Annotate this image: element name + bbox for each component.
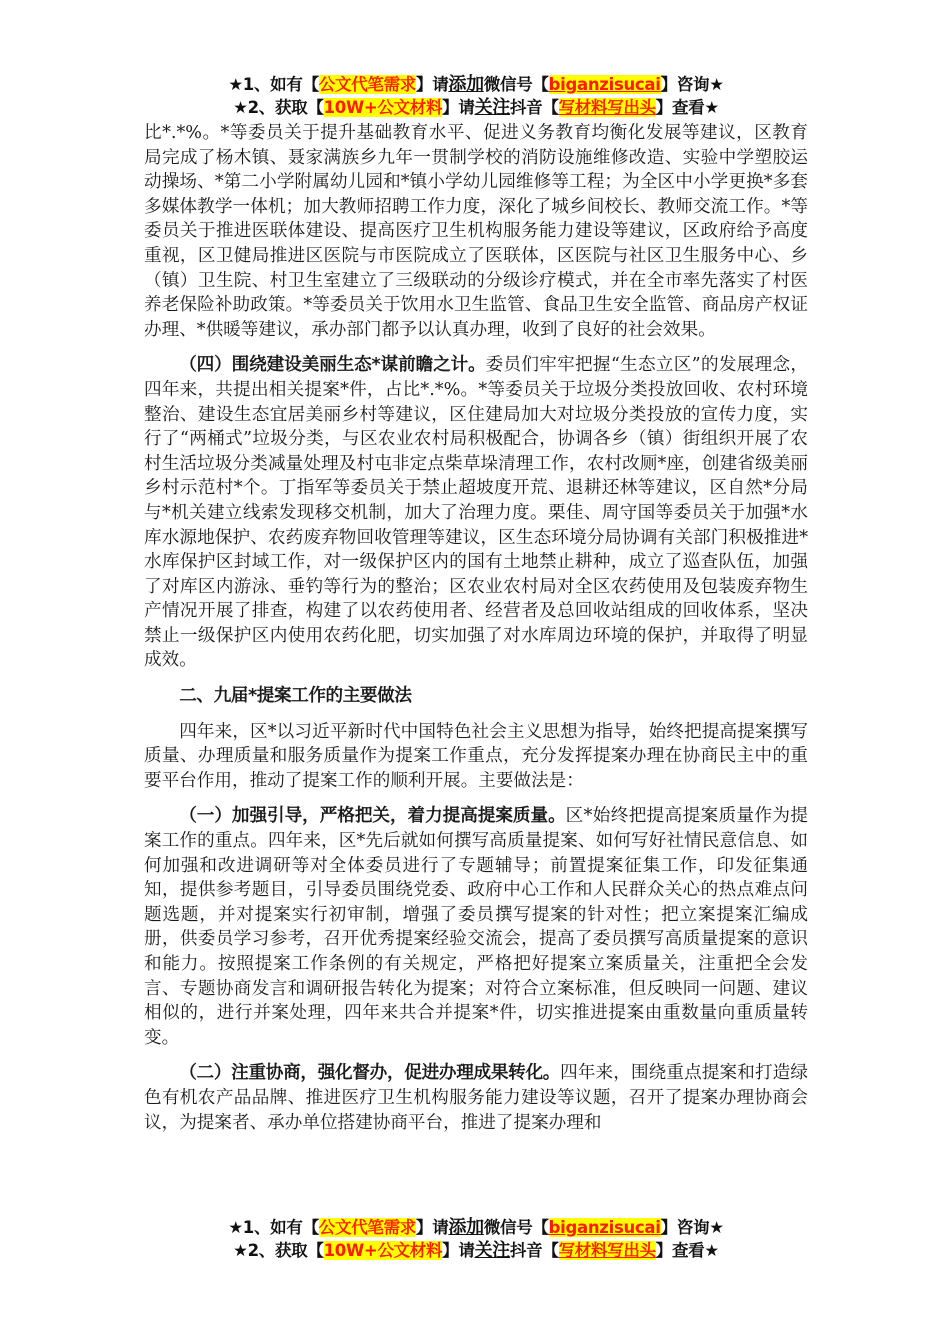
paragraph-quality-body: 区*始终把提高提案质量作为提案工作的重点。四年来，区*先后就如何撰写高质量提案、… bbox=[144, 806, 808, 1047]
promo-text: 微信号【 bbox=[484, 1218, 549, 1237]
subheading-quality: （一）加强引导，严格把关，着力提高提案质量。 bbox=[179, 806, 565, 826]
promo-line-2: ★2、获取【10W+公文材料】请关注抖音【写材料写出头】查看★ bbox=[144, 96, 808, 119]
underlined-add: 添加 bbox=[448, 1217, 483, 1238]
promo-text: 微信号【 bbox=[484, 75, 549, 94]
promo-line-2: ★2、获取【10W+公文材料】请关注抖音【写材料写出头】查看★ bbox=[144, 1239, 808, 1262]
document-body: 比*.*%。*等委员关于提升基础教育水平、促进义务教育均衡化发展等建议，区教育局… bbox=[144, 121, 808, 1135]
promo-text: ★2、获取【 bbox=[233, 98, 323, 117]
underlined-follow: 关注 bbox=[475, 1240, 510, 1261]
underlined-add: 添加 bbox=[448, 74, 483, 95]
paragraph-quality: （一）加强引导，严格把关，着力提高提案质量。区*始终把提高提案质量作为提案工作的… bbox=[144, 804, 808, 1050]
promo-banner-top: ★1、如有【公文代笔需求】请添加微信号【biganzisucai】咨询★ ★2、… bbox=[144, 73, 808, 119]
promo-text: 】请 bbox=[442, 1241, 474, 1260]
promo-text: 】请 bbox=[442, 98, 474, 117]
highlight-douyin-account: 写材料写出头 bbox=[559, 1241, 656, 1260]
promo-text: ★2、获取【 bbox=[233, 1241, 323, 1260]
promo-text: 】请 bbox=[416, 75, 448, 94]
promo-text: 】请 bbox=[416, 1218, 448, 1237]
subheading-ecology: （四）围绕建设美丽生态*谋前瞻之计。 bbox=[179, 355, 485, 375]
paragraph-consultation: （二）注重协商，强化督办，促进办理成果转化。四年来，围绕重点提案和打造绿色有机农… bbox=[144, 1061, 808, 1135]
highlight-ghostwriting: 公文代笔需求 bbox=[319, 1218, 416, 1237]
promo-text: 】查看★ bbox=[656, 98, 719, 117]
highlight-wechat-id: biganzisucai bbox=[549, 75, 661, 94]
promo-text: 抖音【 bbox=[510, 1241, 559, 1260]
promo-text: ★1、如有【 bbox=[228, 1218, 318, 1237]
underlined-follow: 关注 bbox=[475, 97, 510, 118]
promo-line-1: ★1、如有【公文代笔需求】请添加微信号【biganzisucai】咨询★ bbox=[144, 73, 808, 96]
paragraph-education-health: 比*.*%。*等委员关于提升基础教育水平、促进义务教育均衡化发展等建议，区教育局… bbox=[144, 121, 808, 342]
promo-text: 】咨询★ bbox=[661, 1218, 724, 1237]
paragraph-ecology: （四）围绕建设美丽生态*谋前瞻之计。委员们牢牢把握“生态立区”的发展理念，四年来… bbox=[144, 353, 808, 673]
promo-text: ★1、如有【 bbox=[228, 75, 318, 94]
paragraph-intro-practices: 四年来，区*以习近平新时代中国特色社会主义思想为指导，始终把提高提案撰写质量、办… bbox=[144, 720, 808, 794]
highlight-wechat-id: biganzisucai bbox=[549, 1218, 661, 1237]
highlight-ghostwriting: 公文代笔需求 bbox=[319, 75, 416, 94]
promo-text: 】查看★ bbox=[656, 1241, 719, 1260]
promo-line-1: ★1、如有【公文代笔需求】请添加微信号【biganzisucai】咨询★ bbox=[144, 1216, 808, 1239]
section-heading-main-practices: 二、九届*提案工作的主要做法 bbox=[144, 684, 808, 709]
promo-text: 抖音【 bbox=[510, 98, 559, 117]
highlight-douyin-account: 写材料写出头 bbox=[559, 98, 656, 117]
promo-text: 】咨询★ bbox=[661, 75, 724, 94]
highlight-materials: 10W+公文材料 bbox=[324, 1241, 443, 1260]
promo-banner-bottom: ★1、如有【公文代笔需求】请添加微信号【biganzisucai】咨询★ ★2、… bbox=[144, 1216, 808, 1262]
subheading-consultation: （二）注重协商，强化督办，促进办理成果转化。 bbox=[179, 1063, 560, 1083]
paragraph-ecology-body: 委员们牢牢把握“生态立区”的发展理念，四年来，共提出相关提案*件，占比*.*%。… bbox=[144, 355, 808, 670]
highlight-materials: 10W+公文材料 bbox=[324, 98, 443, 117]
